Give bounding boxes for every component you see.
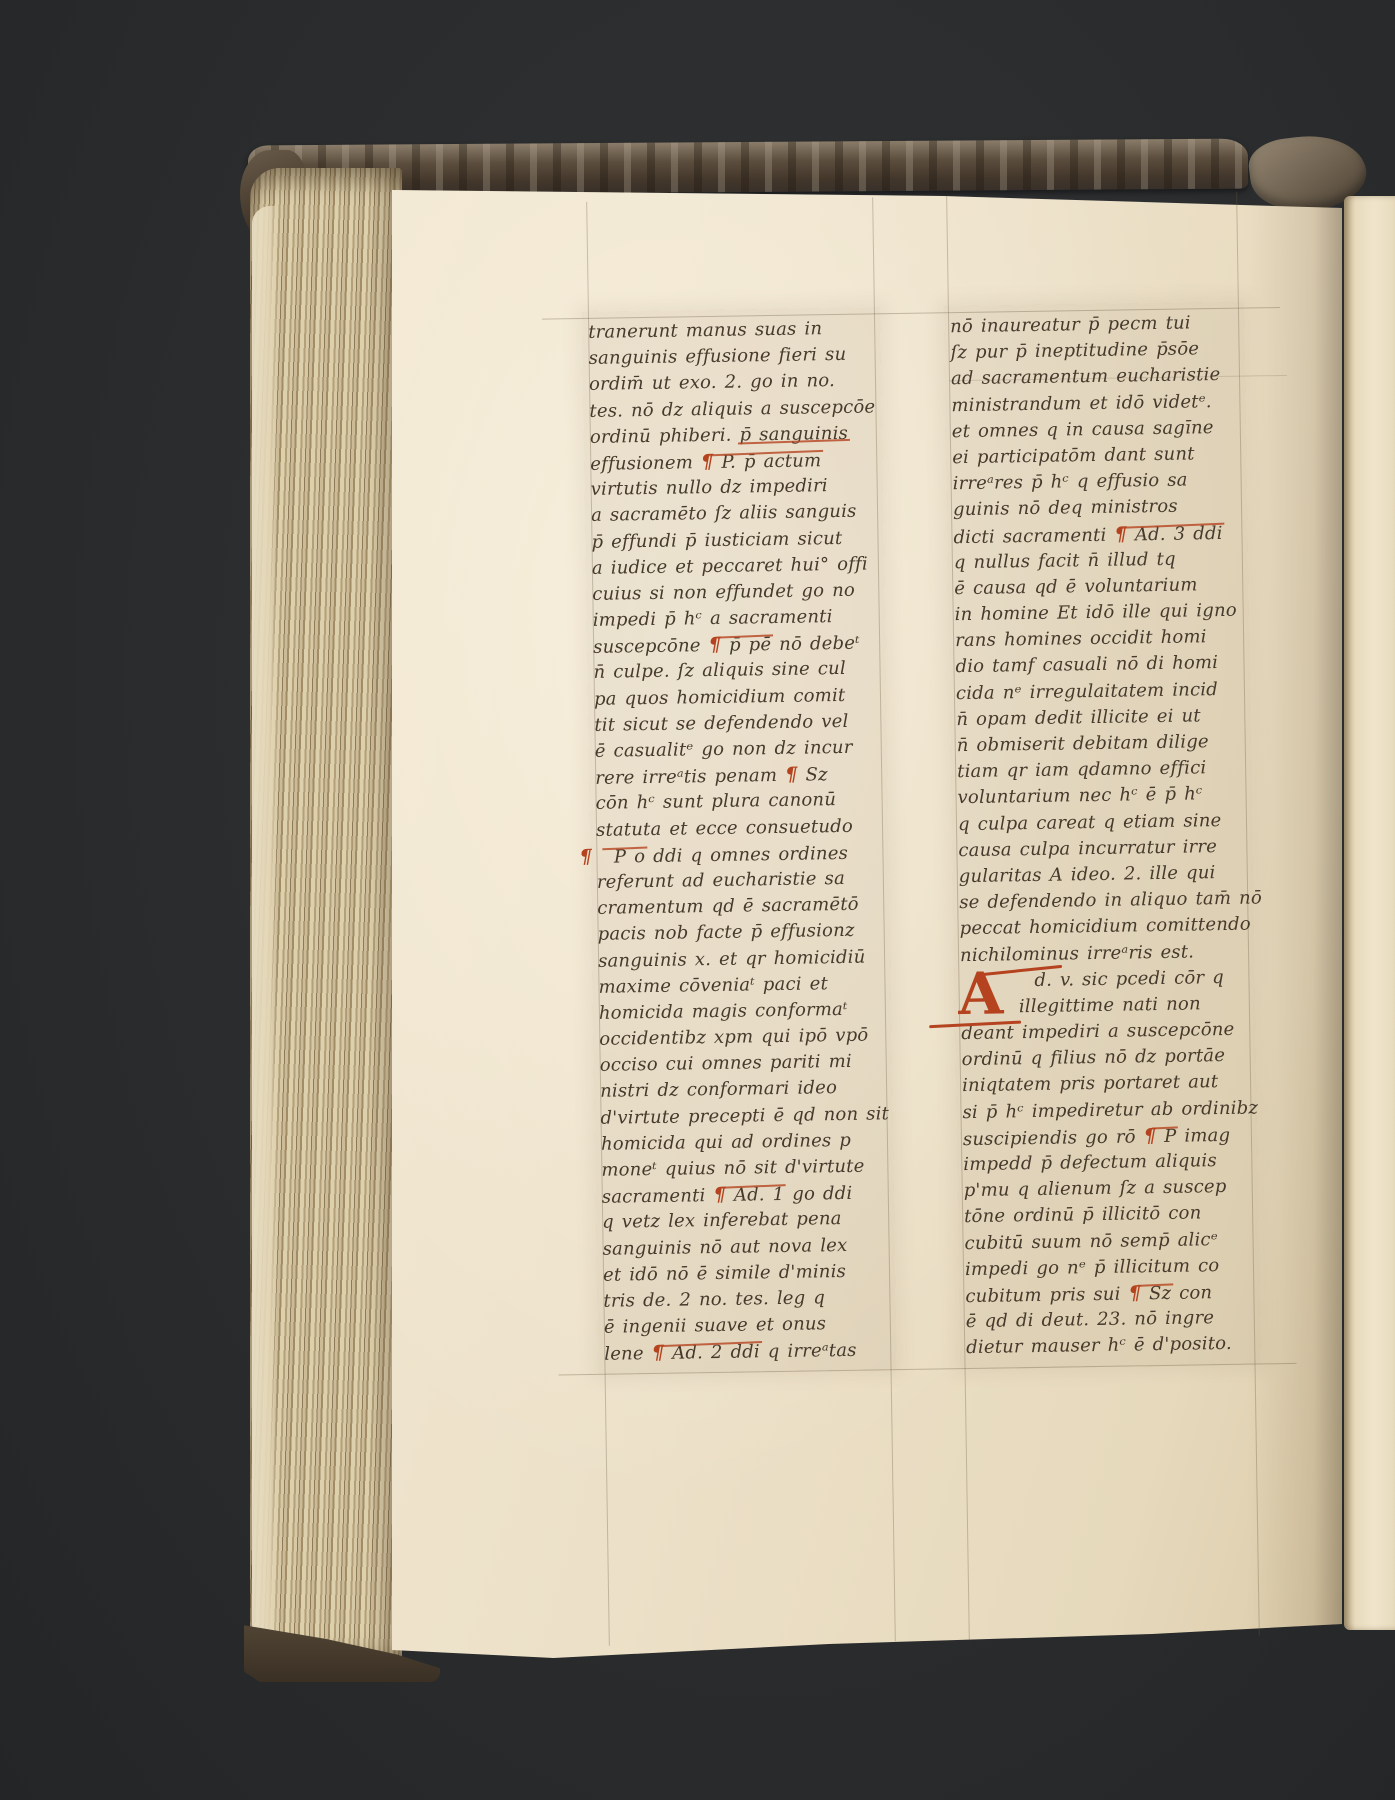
rubric-mark: ¶ <box>579 845 592 868</box>
ink-text: sanguinis effusione fieri su <box>588 344 846 369</box>
ink-text: illegittime nati non <box>1019 993 1201 1017</box>
ink-text: referunt ad eucharistie sa <box>597 868 845 893</box>
ink-text: tes. nō dz aliquis a suscepcōe <box>589 396 875 421</box>
ink-text: occidentibz xpm qui ipō vpō <box>599 1025 868 1050</box>
ink-text: a sacramēto ſz aliis sanguis <box>591 501 857 526</box>
ink-text: n̄ culpe. ſz aliquis sine cul <box>593 658 846 683</box>
ink-text: tranerunt manus suas in <box>588 318 822 343</box>
manuscript-line: statuta et ecce consuetudo <box>596 813 896 844</box>
ink-text: sanguinis x. et qr homicidiū <box>598 946 866 971</box>
manuscript-line: dietur mauser hᶜ ē d'posito. <box>966 1331 1266 1362</box>
ink-text: P. p̄ actum <box>713 450 821 473</box>
manuscript-line: p'mu q alienum ſz a suscep <box>964 1174 1264 1205</box>
ink-text: n̄ opam dedit illicite ei ut <box>956 705 1201 730</box>
ink-text: Ad. 2 ddi <box>664 1342 760 1365</box>
ink-text: tris de. 2 no. tes. leg q <box>603 1287 825 1311</box>
manuscript-line: d'virtute precepti ē qd non sit <box>600 1101 900 1132</box>
manuscript-line: dicti sacramenti ¶ Ad. 3 ddi <box>953 519 1253 550</box>
ink-text: q vetz lex inferebat pena <box>602 1208 842 1233</box>
ink-text: q culpa careat q etiam sine <box>958 810 1222 835</box>
ink-text: cramentum qd ē sacramētō <box>597 894 859 919</box>
ink-text: tiam qr iam qdamno effici <box>957 757 1207 782</box>
ink-text: pacis nob facte p̄ effusionz <box>598 920 855 945</box>
ink-text: nō inaureatur p̄ pecm tui <box>950 312 1191 337</box>
manuscript-line: sanguinis effusione fieri su <box>588 341 888 372</box>
ink-text: ddi q omnes ordines <box>645 843 848 867</box>
ink-text: ordim̄ ut exo. 2. go in no. <box>589 370 835 395</box>
ink-text: ordinū phiberi. <box>590 424 740 447</box>
manuscript-line: cuius si non effundet go no <box>592 577 892 608</box>
ink-text: impedi p̄ hᶜ a sacramenti <box>593 606 833 631</box>
ink-text: effusionem <box>590 452 701 475</box>
text-column-2: nō inaureatur p̄ pecm tuiſz pur p̄ inep… <box>950 310 1266 1362</box>
ink-text: con <box>1171 1282 1212 1304</box>
ink-text: p̄ sanguinis <box>739 423 848 446</box>
ink-text: ē qd di deut. 23. nō ingre <box>966 1307 1215 1332</box>
ink-text: a iudice et peccaret hui° offi <box>592 553 868 578</box>
ink-text: suscipiendis go rō <box>963 1126 1144 1150</box>
manuscript-line: peccat homicidium comittendo <box>959 912 1259 943</box>
ink-text: irreᵃres p̄ hᶜ q effusio sa <box>952 470 1187 495</box>
ink-text: ministrandum et idō videtᵉ. <box>951 391 1212 416</box>
ink-text: rans homines occidit homi <box>955 626 1207 651</box>
ink-text: q irreᵃtas <box>760 1340 857 1363</box>
ink-text: P o <box>606 846 646 868</box>
ink-text: ei participatōm dant sunt <box>952 443 1195 468</box>
ink-text: se defendendo in aliquo tam̄ nō <box>959 888 1262 914</box>
ink-text: maxime cōveniaᵗ paci et <box>598 973 828 998</box>
manuscript-line: et omnes q in causa sagīne <box>952 414 1252 445</box>
ink-text: d'virtute precepti ē qd non sit <box>600 1103 889 1129</box>
ink-text: guinis nō deq ministros <box>953 496 1178 521</box>
ink-text: dio tamf casuali nō di homi <box>955 652 1218 677</box>
manuscript-line: sanguinis x. et qr homicidiū <box>598 944 898 975</box>
ink-text: dicti sacramenti <box>953 524 1114 548</box>
manuscript-line: ordinū phiberi. p̄ sanguinis <box>590 420 890 451</box>
ink-text: occiso cui omnes pariti mi <box>600 1051 852 1076</box>
manuscript-line: moneᵗ quius nō sit d'virtute <box>601 1153 901 1184</box>
ink-text: pa quos homicidium comit <box>594 685 846 710</box>
ink-text: imag <box>1176 1125 1230 1147</box>
ink-text: moneᵗ quius nō sit d'virtute <box>601 1156 864 1181</box>
ink-text: d. v. sic pcedi cōr q <box>1034 967 1224 991</box>
ink-text: Sz <box>1141 1283 1171 1304</box>
ink-text: causa culpa incurratur irre <box>958 836 1217 861</box>
ink-text: nistri dz conformari ideo <box>600 1078 837 1103</box>
ink-text: Ad. 3 ddi <box>1127 522 1223 545</box>
ink-text: impedi go nᵉ p̄ illicitum co <box>965 1255 1220 1280</box>
ink-text: q nullus facit n̄ illud tq <box>954 548 1176 572</box>
ink-text: homicida magis conformaᵗ <box>599 999 848 1024</box>
ink-text: tit sicut se defendendo vel <box>594 711 848 736</box>
rubric-mark: ¶ <box>1114 522 1127 545</box>
manuscript-line: cida nᵉ irregulaitatem incid <box>956 676 1256 707</box>
photo-backdrop: tranerunt manus suas insanguinis effusio… <box>0 0 1395 1800</box>
manuscript-line: in homine Et idō ille qui igno <box>955 598 1255 629</box>
ink-text: p̄ effundi p̄ iusticiam sicut <box>591 527 842 552</box>
manuscript-line: suscipiendis go rō ¶ P imag <box>963 1121 1263 1152</box>
manuscript-line: lene ¶ Ad. 2 ddi q irreᵃtas <box>604 1336 904 1367</box>
ink-text: et omnes q in causa sagīne <box>952 417 1214 442</box>
ink-text: Ad. 1 <box>726 1184 785 1206</box>
ink-text: gularitas A ideo. 2. ille qui <box>959 862 1216 887</box>
ink-text: sanguinis nō aut nova lex <box>602 1235 847 1260</box>
ink-text: si p̄ hᶜ impediretur ab ordinibz <box>962 1097 1258 1123</box>
ink-text: ſz pur p̄ ineptitudine p̄sōe <box>950 338 1199 363</box>
ink-text: dietur mauser hᶜ ē d'posito. <box>966 1333 1232 1358</box>
manuscript-line: pacis nob facte p̄ effusionz <box>597 917 897 948</box>
manuscript-line: a sacramēto ſz aliis sanguis <box>591 498 891 529</box>
ink-text: impedd p̄ defectum aliquis <box>963 1150 1217 1175</box>
folio-content: tranerunt manus suas insanguinis effusio… <box>390 166 1363 1667</box>
ink-text: virtutis nullo dz impediri <box>591 475 828 500</box>
ink-text: ē casualitᵉ go non dz incur <box>595 737 853 762</box>
ink-text: cubitum pris sui <box>965 1283 1128 1307</box>
ink-text: Sz <box>797 764 827 785</box>
manuscript-line: ē casualitᵉ go non dz incur <box>595 734 895 765</box>
ink-text: rere irreᵃtis penam <box>595 765 785 789</box>
fore-edge-outer-leaf <box>252 206 278 1636</box>
text-column-1: tranerunt manus suas insanguinis effusio… <box>588 315 904 1367</box>
ink-text: cubitū suum nō semp̄ alicᵉ <box>964 1229 1218 1254</box>
ink-text: P <box>1156 1126 1177 1147</box>
ink-text: lene <box>604 1343 652 1365</box>
manuscript-line: ad sacramentum eucharistie <box>951 362 1251 393</box>
rubric-mark: ¶ <box>785 763 798 786</box>
ink-text: statuta et ecce consuetudo <box>596 815 853 840</box>
red-initial-a: A <box>942 965 1019 1028</box>
ink-text: ē causa qd ē voluntarium <box>954 574 1198 599</box>
ink-text: ordinū q filius nō dz portāe <box>962 1045 1226 1070</box>
ink-text: cuius si non effundet go no <box>592 580 855 605</box>
ink-text: peccat homicidium comittendo <box>959 914 1250 940</box>
ink-text: p'mu q alienum ſz a suscep <box>964 1176 1227 1201</box>
manuscript-line: suscepcōne ¶ p̄ pē nō debeᵗ <box>593 629 893 660</box>
ink-text: nō debeᵗ <box>771 633 860 655</box>
manuscript-line: occidentibz xpm qui ipō vpō <box>599 1022 899 1053</box>
ink-text: iniqtatem pris portaret aut <box>962 1072 1219 1097</box>
ink-text: go ddi <box>784 1183 852 1205</box>
ink-text: et idō nō ē simile d'minis <box>603 1261 846 1286</box>
ink-text: cida nᵉ irregulaitatem incid <box>956 679 1218 704</box>
ink-text: voluntarium nec hᶜ ē p̄ hᶜ <box>957 784 1202 809</box>
ink-text: sacramenti <box>602 1185 714 1208</box>
ink-text: suscepcōne <box>593 635 709 658</box>
ink-text: ad sacramentum eucharistie <box>951 364 1221 389</box>
ink-text: in homine Et idō ille qui igno <box>955 600 1237 625</box>
ink-text: cōn hᶜ sunt plura canonū <box>595 789 836 814</box>
ink-text: p̄ pē <box>721 634 771 656</box>
ink-text: tōne ordinū p̄ illicitō con <box>964 1203 1202 1228</box>
ink-text: homicida qui ad ordines p <box>601 1130 851 1155</box>
ink-text: n̄ obmiserit debitam dilige <box>957 731 1209 756</box>
ink-text: ē ingenii suave et onus <box>604 1313 827 1337</box>
